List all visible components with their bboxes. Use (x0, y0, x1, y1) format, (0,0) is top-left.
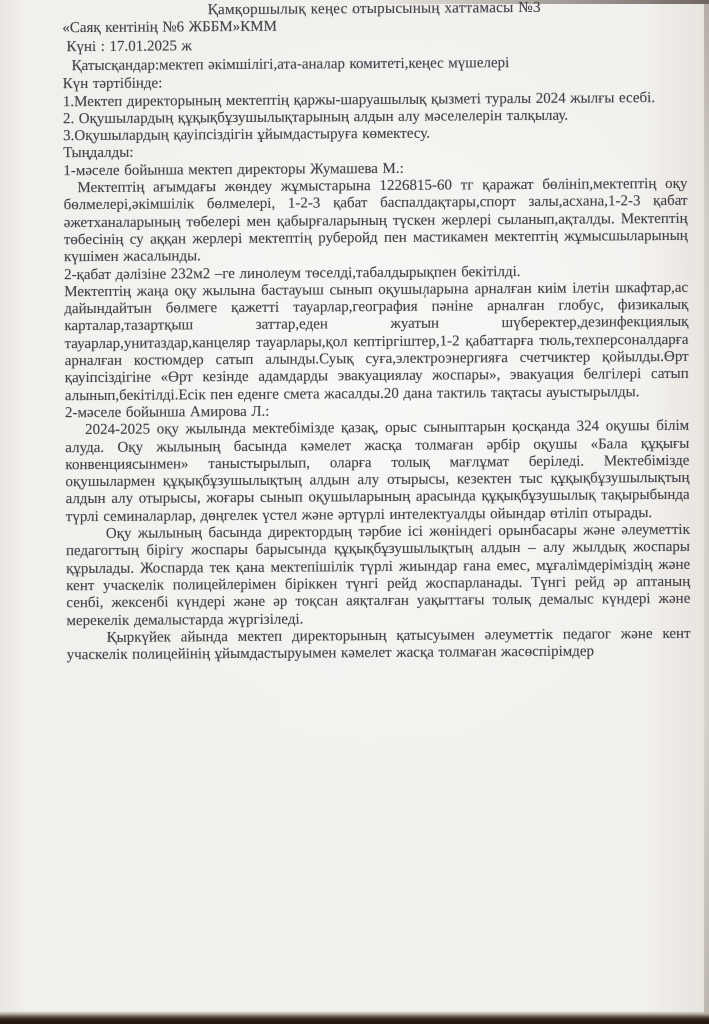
scanned-page: Қамқоршылық кеңес отырысының хаттамасы №… (0, 0, 709, 1024)
scan-artifact (424, 294, 426, 298)
issue1-paragraph-repairs: Мектептің ағымдағы жөндеу жұмыстарына 12… (63, 176, 688, 267)
issue2-paragraph-students: 2024-2025 оқу жылында мектебімізде қазақ… (65, 418, 690, 526)
scan-edge-right (704, 0, 709, 1024)
issue2-paragraph-plan: Оқу жылының басында директордың тәрбие і… (66, 522, 691, 630)
issue2-paragraph-september: Қыркүйек айында мектеп директорының қаты… (67, 626, 691, 665)
scan-edge-bottom (0, 1011, 709, 1024)
document-content: Қамқоршылық кеңес отырысының хаттамасы №… (62, 0, 691, 665)
agenda-list: 1.Мектеп директорының мектептің қаржы-ша… (63, 89, 687, 145)
scan-artifact (352, 9, 353, 13)
document-meta: «Саяқ кентінің №6 ЖББМ»КММ Күні : 17.01.… (62, 15, 686, 76)
issue1-paragraph-purchases: Мектептің жаңа оқу жылына бастауыш сынып… (64, 280, 689, 405)
scan-artifact (419, 545, 421, 547)
